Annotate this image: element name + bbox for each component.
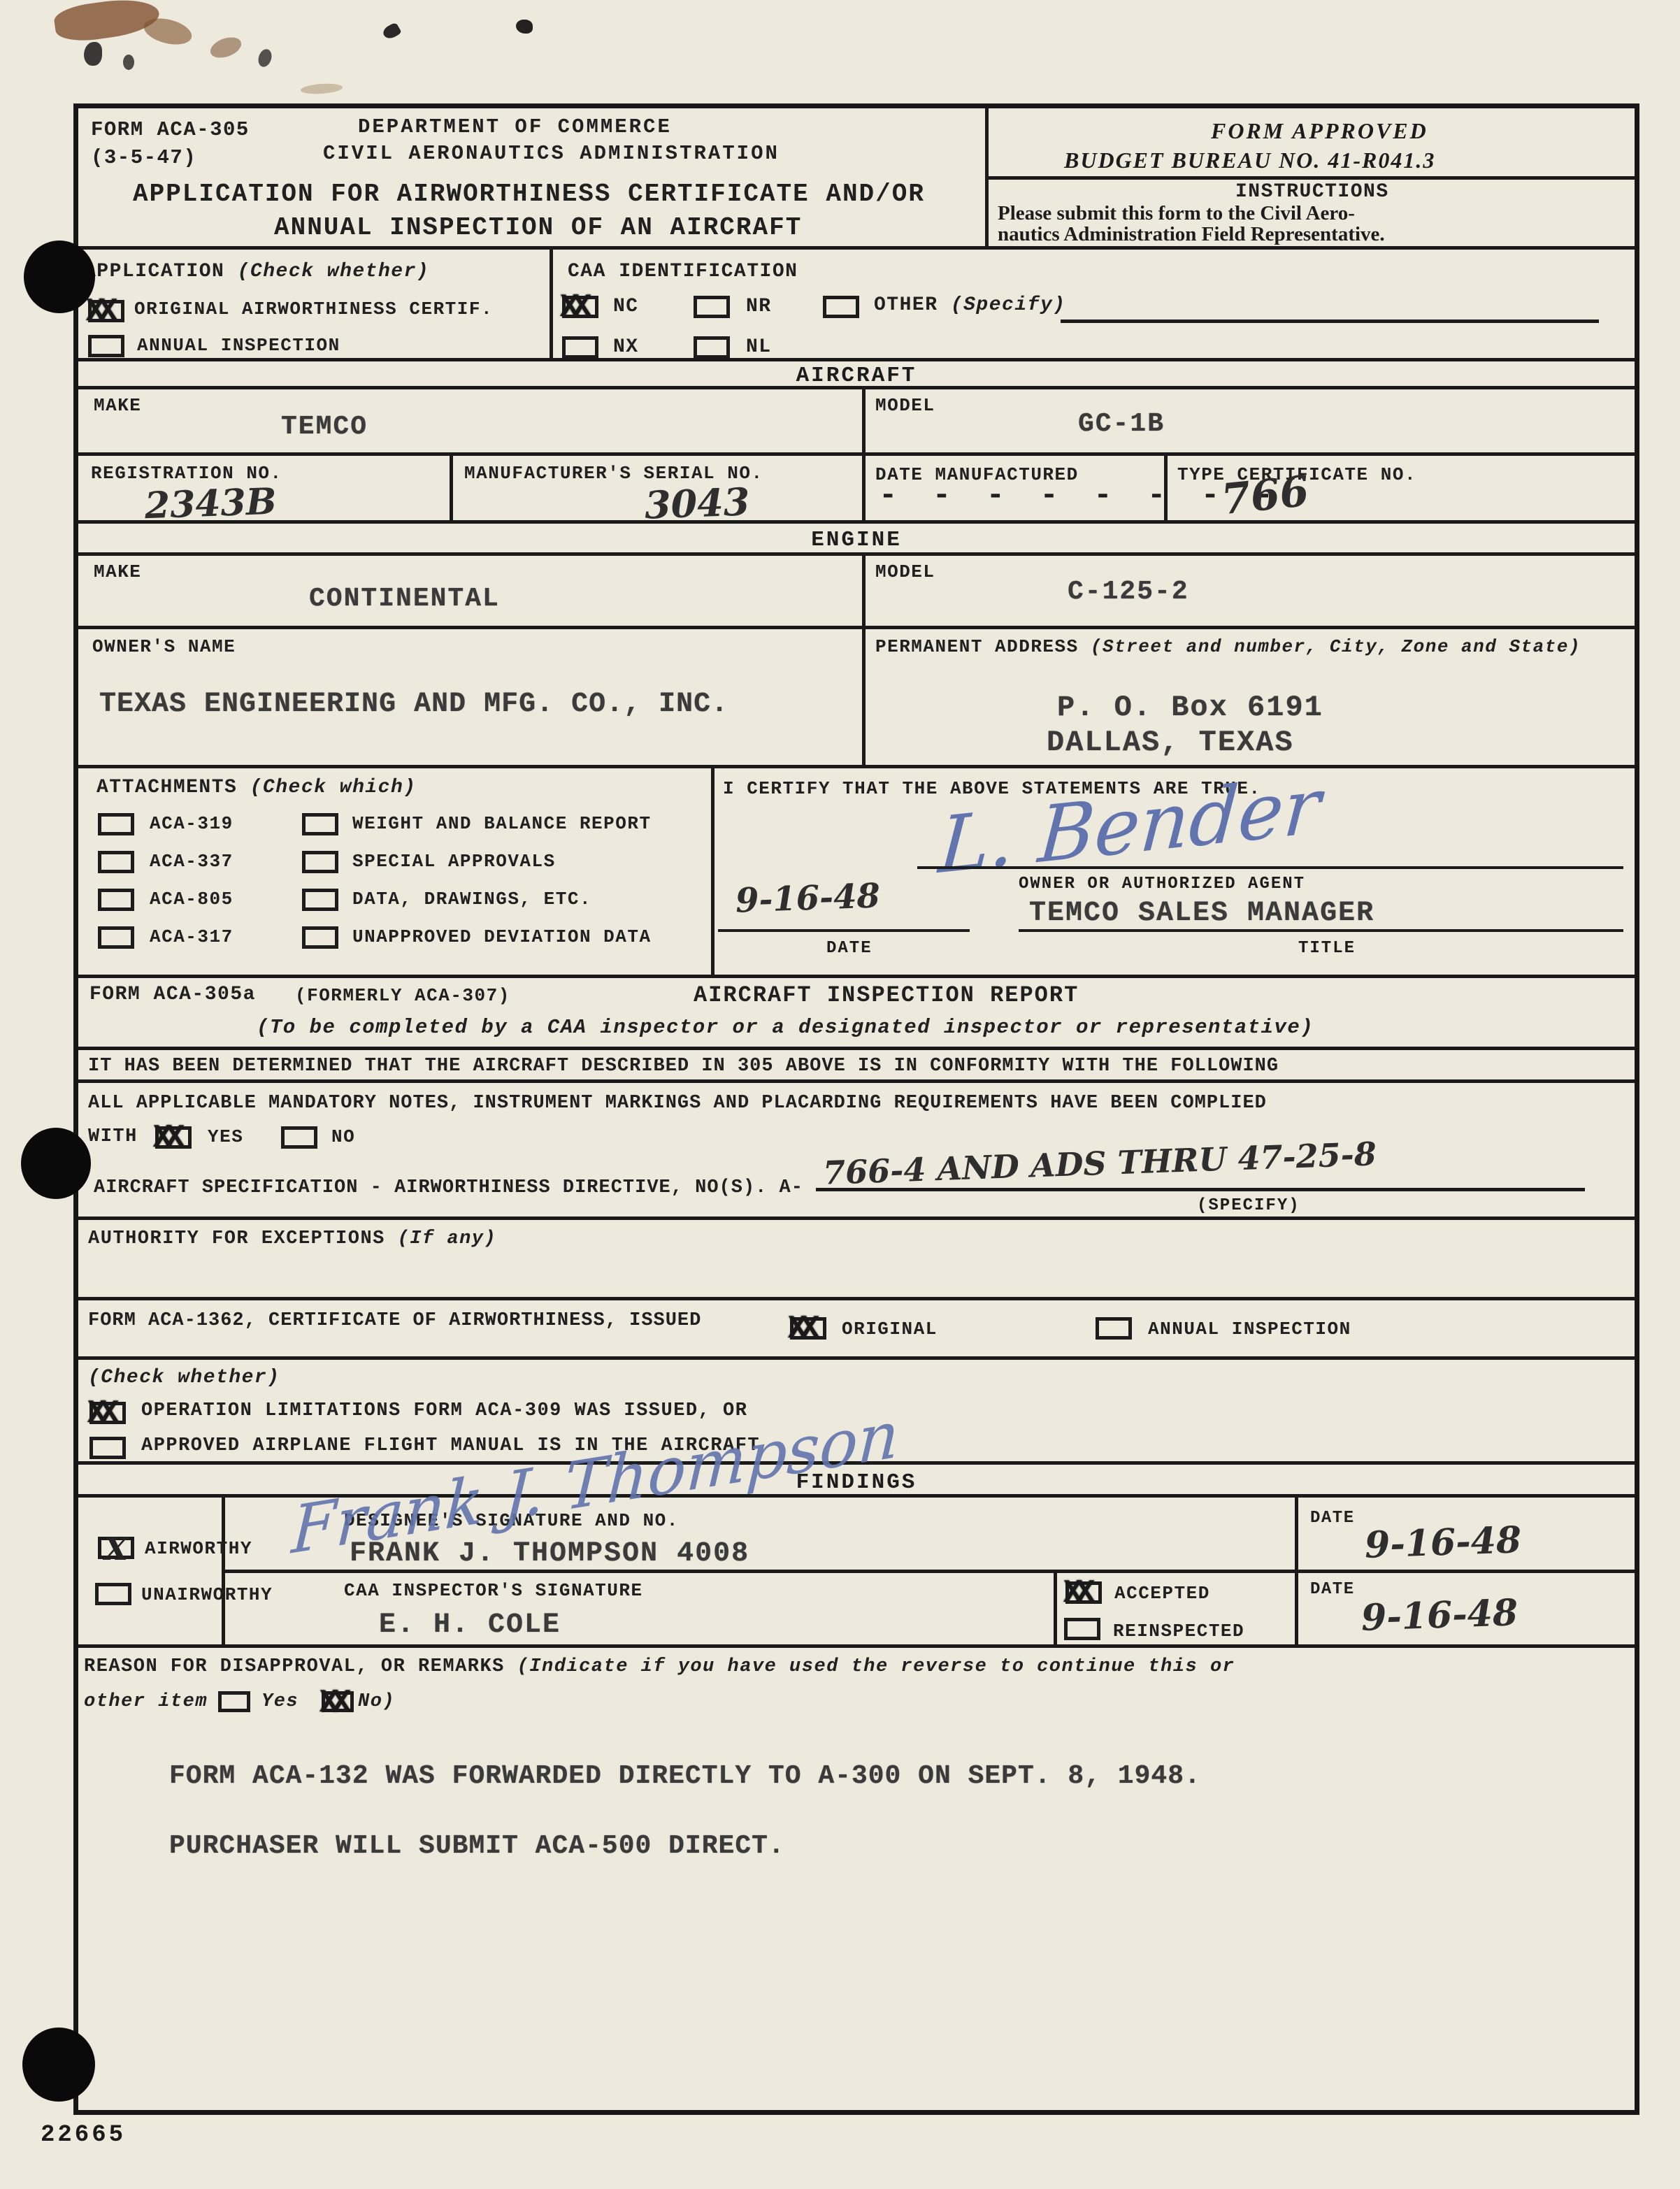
engine-section-title: ENGINE <box>811 528 902 552</box>
weight-balance-checkbox <box>302 813 338 835</box>
authority-row: AUTHORITY FOR EXCEPTIONS (If any) <box>78 1216 1635 1297</box>
nl-label: NL <box>746 336 772 358</box>
certification-date-value: 9-16-48 <box>735 876 881 920</box>
aircraft-registration-row: REGISTRATION NO. 2343B MANUFACTURER'S SE… <box>78 452 1635 520</box>
certification-title-line <box>1019 929 1623 932</box>
stain <box>516 20 533 34</box>
form-number: FORM ACA-305 <box>91 118 250 141</box>
engine-make-value: CONTINENTAL <box>309 584 500 614</box>
data-drawings-checkbox <box>302 889 338 911</box>
aca-319-checkbox <box>98 813 134 835</box>
issued-original-label: ORIGINAL <box>842 1319 938 1340</box>
nc-label: NC <box>613 296 639 317</box>
complied-yes-label: YES <box>208 1126 243 1147</box>
page-title-line2: ANNUAL INSPECTION OF AN AIRCRAFT <box>274 213 802 242</box>
nx-checkbox <box>562 336 598 359</box>
reverse-no-checkbox <box>322 1691 354 1712</box>
specify-caption: (SPECIFY) <box>1197 1196 1300 1215</box>
punch-hole-bottom <box>22 2027 95 2102</box>
stain <box>84 42 102 66</box>
unairworthy-checkbox <box>95 1583 131 1605</box>
aca-805-checkbox <box>98 889 134 911</box>
other-blank-line <box>1061 320 1599 323</box>
other-hint: (Specify) <box>951 294 1066 316</box>
original-airworthiness-checkbox <box>88 300 124 322</box>
special-approvals-checkbox <box>302 851 338 873</box>
certificate-issued-row: FORM ACA-1362, CERTIFICATE OF AIRWORTHIN… <box>78 1297 1635 1356</box>
nl-checkbox <box>694 336 730 359</box>
instructions-line1: Please submit this form to the Civil Aer… <box>998 202 1355 225</box>
page-title-line1: APPLICATION FOR AIRWORTHINESS CERTIFICAT… <box>133 180 925 208</box>
remarks-label-line1: REASON FOR DISAPPROVAL, OR REMARKS (Indi… <box>84 1656 1235 1677</box>
nr-checkbox <box>694 296 730 318</box>
aca-337-checkbox <box>98 851 134 873</box>
owner-signature-line <box>917 866 1623 869</box>
authority-label: AUTHORITY FOR EXCEPTIONS (If any) <box>88 1228 496 1249</box>
remarks-note-1: FORM ACA-132 WAS FORWARDED DIRECTLY TO A… <box>169 1761 1201 1791</box>
footer-serial-number: 22665 <box>41 2122 126 2148</box>
inspector-typed-name: E. H. COLE <box>379 1609 561 1641</box>
engine-model-value: C-125-2 <box>1068 577 1189 607</box>
spec-directive-line <box>816 1188 1585 1191</box>
aircraft-section-band: AIRCRAFT <box>78 358 1635 386</box>
complied-no-label: NO <box>331 1126 355 1147</box>
owner-row: OWNER'S NAME TEXAS ENGINEERING AND MFG. … <box>78 626 1635 765</box>
complied-no-checkbox <box>281 1126 317 1149</box>
remarks-hint-2: other item <box>84 1691 208 1712</box>
aircraft-make-label: MAKE <box>94 395 141 416</box>
findings-date-label-2: DATE <box>1310 1580 1355 1599</box>
punch-hole-top <box>24 241 95 313</box>
complied-text: ALL APPLICABLE MANDATORY NOTES, INSTRUME… <box>88 1093 1267 1114</box>
accepted-label: ACCEPTED <box>1114 1583 1210 1604</box>
form-border: FORM ACA-305 (3-5-47) DEPARTMENT OF COMM… <box>73 103 1639 2115</box>
findings-date-value-2: 9-16-48 <box>1360 1591 1519 1639</box>
findings-date-value-1: 9-16-48 <box>1364 1519 1522 1567</box>
aircraft-section-title: AIRCRAFT <box>796 364 917 388</box>
operation-limitations-label: OPERATION LIMITATIONS FORM ACA-309 WAS I… <box>141 1400 747 1421</box>
instructions-title: INSTRUCTIONS <box>1235 181 1389 203</box>
special-approvals-label: SPECIAL APPROVALS <box>352 851 556 872</box>
form-approved-line1: FORM APPROVED <box>1211 118 1428 144</box>
application-row: APPLICATION (Check whether) ORIGINAL AIR… <box>78 246 1635 358</box>
unapproved-deviation-label: UNAPPROVED DEVIATION DATA <box>352 926 652 947</box>
check-whether-hint: (Check whether) <box>88 1367 280 1388</box>
form-revision: (3-5-47) <box>91 146 196 169</box>
complied-yes-checkbox <box>155 1126 192 1149</box>
reverse-yes-checkbox <box>218 1691 250 1712</box>
engine-make-row: MAKE CONTINENTAL MODEL C-125-2 <box>78 552 1635 626</box>
header-row: FORM ACA-305 (3-5-47) DEPARTMENT OF COMM… <box>78 108 1635 246</box>
annual-inspection-checkbox <box>88 335 124 357</box>
reverse-yes-label: Yes <box>261 1691 299 1712</box>
aca-317-label: ACA-317 <box>150 926 234 947</box>
aca-805-label: ACA-805 <box>150 889 234 910</box>
engine-model-label: MODEL <box>875 561 935 582</box>
spec-directive-value: 766-4 AND ADS THRU 47-25-8 <box>822 1135 1377 1192</box>
complied-with: WITH <box>88 1126 138 1147</box>
instructions-line2: nautics Administration Field Representat… <box>998 223 1385 246</box>
punch-hole-middle <box>21 1128 91 1199</box>
flight-manual-checkbox <box>89 1437 126 1459</box>
reinspected-checkbox <box>1064 1618 1100 1640</box>
weight-balance-label: WEIGHT AND BALANCE REPORT <box>352 813 652 834</box>
other-checkbox <box>823 296 859 318</box>
determined-row: IT HAS BEEN DETERMINED THAT THE AIRCRAFT… <box>78 1047 1635 1079</box>
airworthy-label: AIRWORTHY <box>145 1538 252 1559</box>
original-airworthiness-label: ORIGINAL AIRWORTHINESS CERTIF. <box>134 299 493 320</box>
unairworthy-label: UNAIRWORTHY <box>141 1584 273 1605</box>
airworthy-checkbox <box>98 1537 134 1559</box>
remarks-note-2: PURCHASER WILL SUBMIT ACA-500 DIRECT. <box>169 1831 785 1861</box>
permanent-address-hint: (Street and number, City, Zone and State… <box>1091 636 1581 657</box>
type-certificate-value: 766 <box>1219 467 1312 525</box>
unapproved-deviation-checkbox <box>302 926 338 949</box>
nc-checkbox <box>562 296 598 318</box>
application-label: APPLICATION (Check whether) <box>84 261 429 282</box>
complied-spec-row: ALL APPLICABLE MANDATORY NOTES, INSTRUME… <box>78 1079 1635 1216</box>
form-approved-line2: BUDGET BUREAU NO. 41-R041.3 <box>1064 148 1435 173</box>
department-line2: CIVIL AERONAUTICS ADMINISTRATION <box>323 142 780 165</box>
aircraft-make-value: TEMCO <box>281 412 368 442</box>
other-label: OTHER (Specify) <box>874 294 1066 316</box>
owner-name-label: OWNER'S NAME <box>92 636 236 657</box>
scanned-form-page: FORM ACA-305 (3-5-47) DEPARTMENT OF COMM… <box>0 0 1680 2189</box>
reverse-no-label: No) <box>358 1691 395 1712</box>
nx-label: NX <box>613 336 639 358</box>
inspection-report-band: FORM ACA-305a (FORMERLY ACA-307) AIRCRAF… <box>78 975 1635 1047</box>
attachments-hint: (Check which) <box>250 777 417 798</box>
stain <box>301 82 343 95</box>
issued-annual-label: ANNUAL INSPECTION <box>1148 1319 1351 1340</box>
application-hint: (Check whether) <box>238 261 430 282</box>
report-form-number: FORM ACA-305a <box>89 984 256 1005</box>
spec-directive-label: AIRCRAFT SPECIFICATION - AIRWORTHINESS D… <box>94 1177 803 1198</box>
report-title: AIRCRAFT INSPECTION REPORT <box>694 982 1079 1008</box>
stain <box>141 14 194 49</box>
data-drawings-label: DATA, DRAWINGS, ETC. <box>352 889 591 910</box>
aca-1362-label: FORM ACA-1362, CERTIFICATE OF AIRWORTHIN… <box>88 1310 701 1331</box>
remarks-row: REASON FOR DISAPPROVAL, OR REMARKS (Indi… <box>78 1644 1635 2118</box>
aca-319-label: ACA-319 <box>150 813 234 834</box>
annual-inspection-label: ANNUAL INSPECTION <box>137 335 340 356</box>
aca-317-checkbox <box>98 926 134 949</box>
authority-hint: (If any) <box>398 1228 497 1249</box>
agent-caption: OWNER OR AUTHORIZED AGENT <box>1019 875 1305 893</box>
caa-identification-label: CAA IDENTIFICATION <box>568 261 798 282</box>
address-line2: DALLAS, TEXAS <box>1047 726 1294 759</box>
engine-make-label: MAKE <box>94 561 141 582</box>
issued-original-checkbox <box>790 1317 826 1340</box>
certification-date-caption: DATE <box>826 939 873 958</box>
determined-text: IT HAS BEEN DETERMINED THAT THE AIRCRAFT… <box>88 1056 1279 1077</box>
stain <box>381 22 402 41</box>
findings-date-label-1: DATE <box>1310 1509 1355 1528</box>
report-formerly: (FORMERLY ACA-307) <box>295 985 510 1006</box>
stain <box>256 48 273 69</box>
certification-title-caption: TITLE <box>1298 939 1356 958</box>
stain <box>208 34 244 62</box>
permanent-address-label: PERMANENT ADDRESS (Street and number, Ci… <box>875 635 1616 661</box>
address-line1: P. O. Box 6191 <box>1057 691 1323 724</box>
findings-table: AIRWORTHY UNAIRWORTHY DESIGNEE'S SIGNATU… <box>78 1494 1635 1644</box>
department-line1: DEPARTMENT OF COMMERCE <box>358 115 672 138</box>
certification-title-value: TEMCO SALES MANAGER <box>1029 898 1374 929</box>
aca-337-label: ACA-337 <box>150 851 234 872</box>
aircraft-model-value: GC-1B <box>1078 409 1165 439</box>
remarks-hint-1: (Indicate if you have used the reverse t… <box>517 1656 1235 1677</box>
aircraft-make-row: MAKE TEMCO MODEL GC-1B <box>78 386 1635 452</box>
attachments-label: ATTACHMENTS (Check which) <box>96 777 417 798</box>
reinspected-label: REINSPECTED <box>1113 1621 1244 1642</box>
engine-section-band: ENGINE <box>78 520 1635 552</box>
accepted-checkbox <box>1065 1581 1102 1604</box>
certification-date-line <box>718 929 970 932</box>
inspector-signature-label: CAA INSPECTOR'S SIGNATURE <box>344 1580 643 1601</box>
issued-annual-checkbox <box>1096 1317 1132 1340</box>
nr-label: NR <box>746 296 772 317</box>
operation-limitations-checkbox <box>89 1402 126 1424</box>
report-subtitle: (To be completed by a CAA inspector or a… <box>257 1016 1314 1039</box>
owner-name-value: TEXAS ENGINEERING AND MFG. CO., INC. <box>99 689 728 720</box>
attachments-certification-row: ATTACHMENTS (Check which) ACA-319 WEIGHT… <box>78 765 1635 975</box>
stain <box>123 55 134 70</box>
aircraft-model-label: MODEL <box>875 395 935 416</box>
